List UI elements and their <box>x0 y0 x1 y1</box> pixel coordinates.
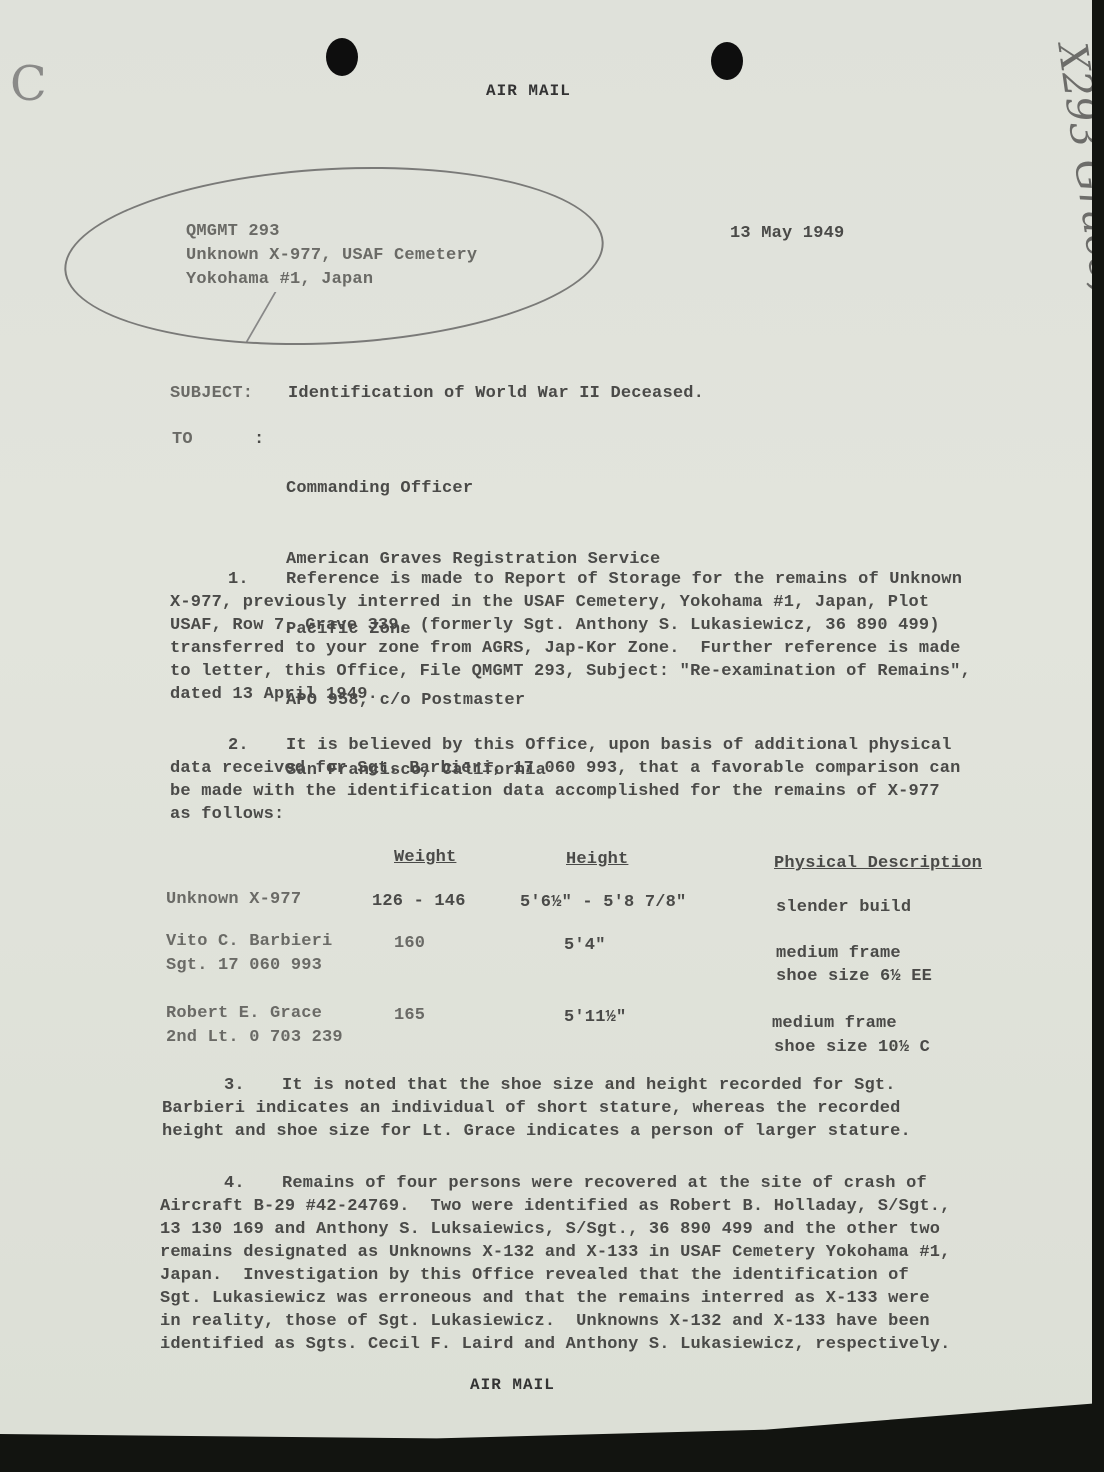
row-name: Vito C. Barbieri <box>166 932 332 951</box>
paragraph-line: transferred to your zone from AGRS, Jap-… <box>170 637 961 661</box>
row-weight: 165 <box>394 1006 425 1025</box>
paragraph-line: Aircraft B-29 #42-24769. Two were identi… <box>160 1195 951 1219</box>
paragraph-line: It is believed by this Office, upon basi… <box>286 734 952 758</box>
air-mail-footer: AIR MAIL <box>470 1376 555 1394</box>
row-name: Robert E. Grace <box>166 1004 322 1023</box>
paragraph-line: USAF, Row 7, Grave 339, (formerly Sgt. A… <box>170 614 940 638</box>
paragraph-line: 13 130 169 and Anthony S. Luksaiewics, S… <box>160 1218 940 1242</box>
handwritten-corner-mark: C <box>10 56 47 112</box>
row-height: 5'6½" - 5'8 7/8" <box>520 893 686 912</box>
address-line: Commanding Officer <box>286 477 660 501</box>
paragraph-number: 2. <box>228 734 249 758</box>
paragraph-line: height and shoe size for Lt. Grace indic… <box>162 1120 911 1144</box>
to-label: TO <box>172 430 193 449</box>
file-reference: QMGMT 293 <box>186 222 280 241</box>
row-description: medium frame <box>772 1014 897 1033</box>
unknown-reference: Unknown X-977, USAF Cemetery <box>186 246 477 265</box>
punch-hole-right <box>711 42 743 80</box>
punch-hole-left <box>326 38 358 76</box>
row-shoe-size: shoe size 6½ EE <box>776 967 932 986</box>
subject-text: Identification of World War II Deceased. <box>288 384 704 403</box>
paragraph-line: data received for Sgt. Barbieri, 17 060 … <box>170 757 961 781</box>
handwritten-margin-note: X293 Grace, Robert E 0703239 <box>1048 40 1104 676</box>
paragraph-line: It is noted that the shoe size and heigh… <box>282 1074 896 1098</box>
row-weight: 160 <box>394 934 425 953</box>
paragraph-line: dated 13 April 1949. <box>170 683 378 707</box>
row-description: medium frame <box>776 944 901 963</box>
paragraph-line: be made with the identification data acc… <box>170 780 940 804</box>
letter-date: 13 May 1949 <box>730 224 844 243</box>
row-service-number: Sgt. 17 060 993 <box>166 956 322 975</box>
paragraph-line: Barbieri indicates an individual of shor… <box>162 1097 901 1121</box>
paragraph-line: as follows: <box>170 803 284 827</box>
row-description: slender build <box>776 898 911 917</box>
row-weight: 126 - 146 <box>372 892 466 911</box>
paragraph-line: remains designated as Unknowns X-132 and… <box>160 1241 951 1265</box>
paragraph-number: 3. <box>224 1074 245 1098</box>
row-service-number: 2nd Lt. 0 703 239 <box>166 1028 343 1047</box>
paragraph-number: 1. <box>228 568 249 592</box>
header-weight: Weight <box>394 848 456 867</box>
header-height: Height <box>566 850 628 869</box>
row-height: 5'4" <box>564 936 606 955</box>
paragraph-line: Reference is made to Report of Storage f… <box>286 568 962 592</box>
paragraph-line: to letter, this Office, File QMGMT 293, … <box>170 660 971 684</box>
paragraph-line: X-977, previously interred in the USAF C… <box>170 591 929 615</box>
row-shoe-size: shoe size 10½ C <box>774 1038 930 1057</box>
header-physical-description: Physical Description <box>774 854 982 873</box>
paragraph-line: identified as Sgts. Cecil F. Laird and A… <box>160 1333 951 1357</box>
row-name: Unknown X-977 <box>166 890 301 909</box>
to-colon: : <box>254 430 264 449</box>
paragraph-line: Japan. Investigation by this Office reve… <box>160 1264 909 1288</box>
paragraph-line: in reality, those of Sgt. Lukasiewicz. U… <box>160 1310 930 1334</box>
row-height: 5'11½" <box>564 1008 626 1027</box>
paragraph-line: Sgt. Lukasiewicz was erroneous and that … <box>160 1287 930 1311</box>
paragraph-number: 4. <box>224 1172 245 1196</box>
air-mail-header: AIR MAIL <box>486 82 571 100</box>
location-reference: Yokohama #1, Japan <box>186 270 373 289</box>
paragraph-line: Remains of four persons were recovered a… <box>282 1172 927 1196</box>
letter-page: C AIR MAIL QMGMT 293 Unknown X-977, USAF… <box>0 0 1092 1450</box>
subject-label: SUBJECT: <box>170 384 253 403</box>
